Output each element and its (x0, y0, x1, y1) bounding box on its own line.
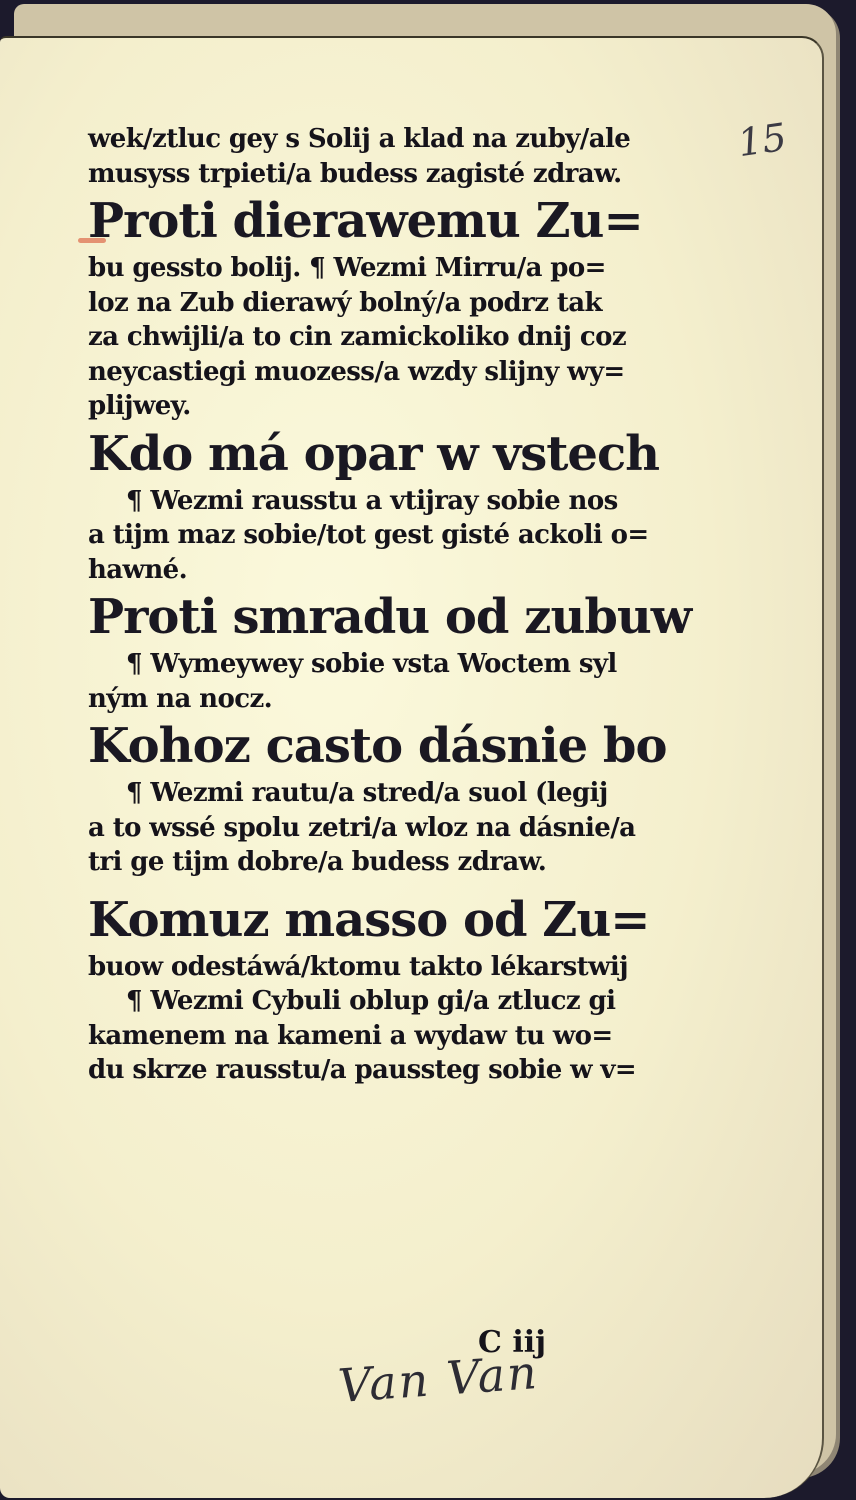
text-line: ¶ Wezmi rautu/a stred/a suol (legij (88, 776, 708, 811)
text-line: du skrze rausstu/a paussteg sobie w v= (88, 1053, 708, 1088)
text-line: hawné. (88, 553, 708, 588)
text-line: buow odestáwá/ktomu takto lékarstwij (88, 950, 708, 985)
text-line: ¶ Wezmi Cybuli oblup gi/a ztlucz gi (88, 984, 708, 1019)
text-line: za chwijli/a to cin zamickolikо dnij coz (88, 320, 708, 355)
text-line: neycastiegi muozess/a wzdy slijny wy= (88, 355, 708, 390)
section-heading: Proti smradu od zubuw (88, 587, 708, 647)
text-line: a to wssé spolu zetri/a wloz na dásnie/a (88, 811, 708, 846)
text-line: kamenem na kameni a wydaw tu wo= (88, 1019, 708, 1054)
section-heading: Kohoz casto dásnie bo (88, 716, 708, 776)
text-line: ¶ Wezmi rausstu a vtijray sobie nos (88, 484, 708, 519)
folio-number: 15 (735, 115, 789, 165)
text-line: bu gessto bolij. ¶ Wezmi Mirru/a po= (88, 251, 708, 286)
text-line: wek/ztluc gey s Solij a klad na zuby/ale (88, 122, 708, 157)
section-heading: Komuz masso od Zu= (88, 890, 708, 950)
text-line: ným na nocz. (88, 682, 708, 717)
text-line: ¶ Wymeywey sobie vsta Woctem syl (88, 647, 708, 682)
text-line: loz na Zub dierawý bolný/a podrz tak (88, 286, 708, 321)
section-heading: Kdo má opar w vstech (88, 424, 708, 484)
text-line: plijwey. (88, 389, 708, 424)
page-text-block: wek/ztluc gey s Solij a klad na zuby/ale… (88, 122, 708, 1088)
section-heading: Proti dierawemu Zu= (88, 191, 708, 251)
text-line: musyss trpieti/a budess zagisté zdraw. (88, 157, 708, 192)
text-line: a tijm maz sobie/tot gest gisté ackoli o… (88, 518, 708, 553)
text-line: tri ge tijm dobre/a budess zdraw. (88, 845, 708, 880)
